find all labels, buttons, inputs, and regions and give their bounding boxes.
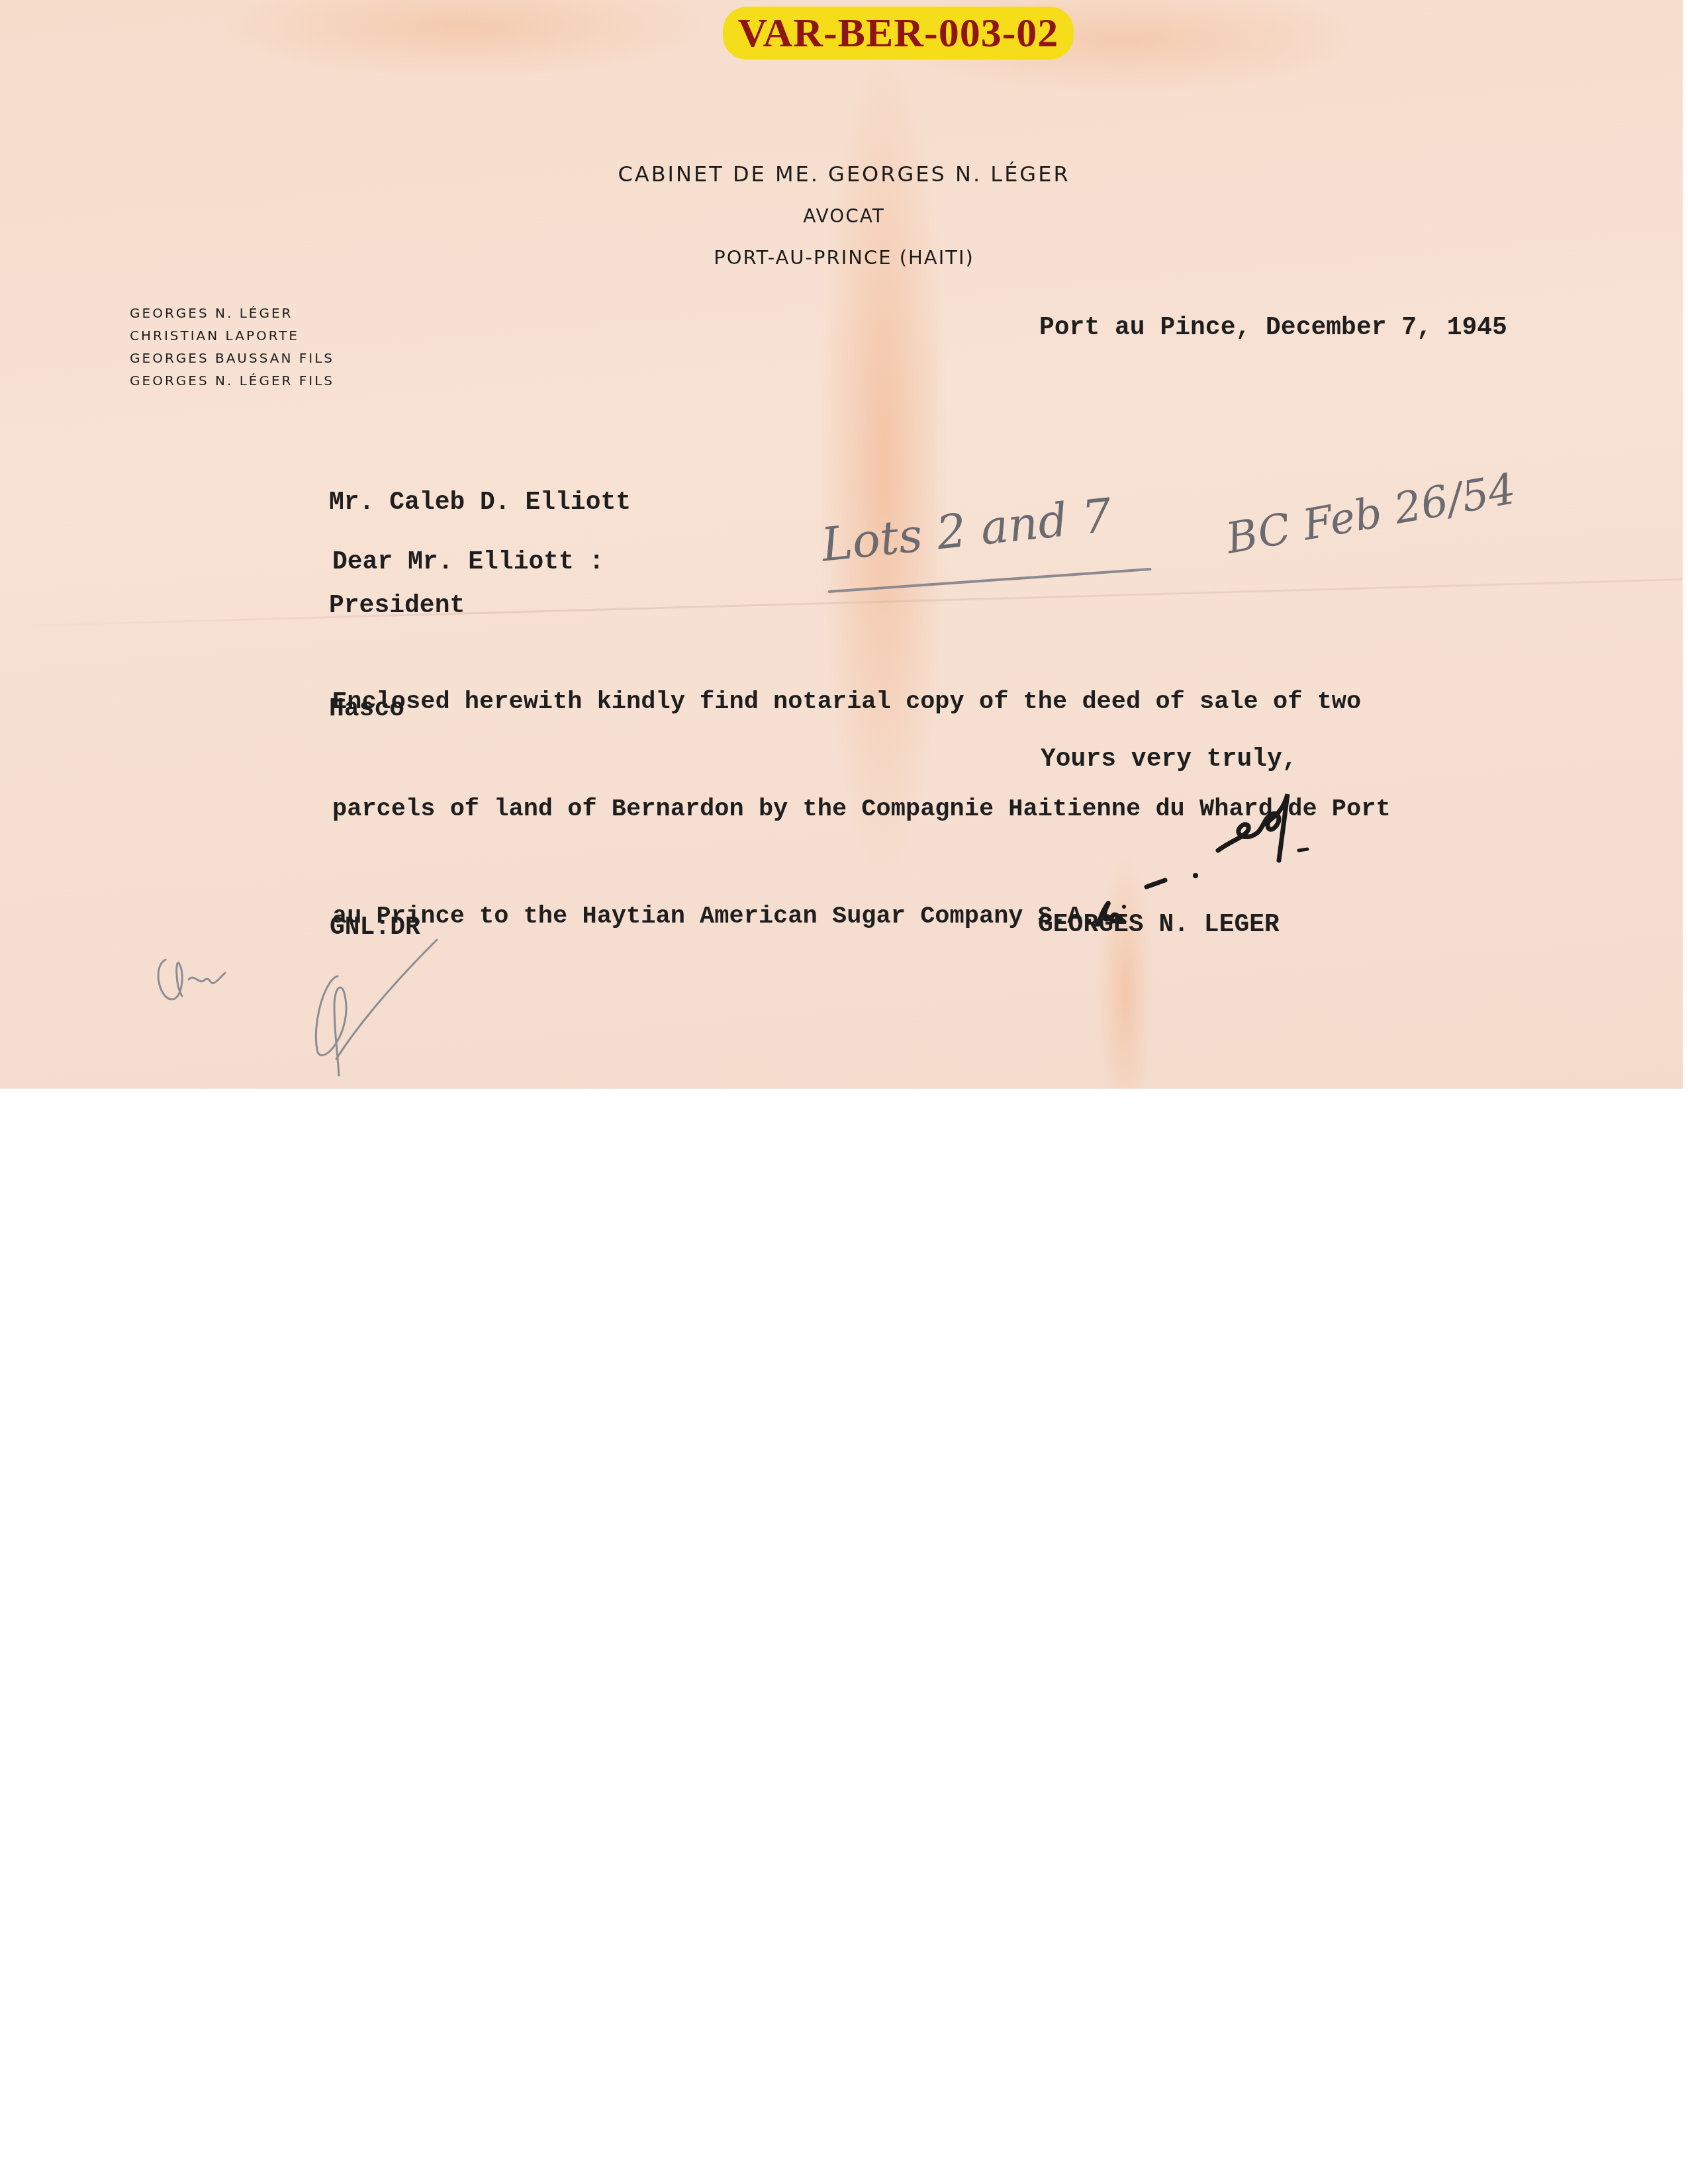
letterhead-firm-name: CABINET DE ME. GEORGES N. LÉGER: [0, 161, 1688, 187]
archive-badge: VAR-BER-003-02: [723, 7, 1074, 60]
handwritten-lots-note: Lots 2 and 7: [819, 488, 1114, 572]
salutation: Dear Mr. Elliott :: [332, 548, 604, 576]
partner-name: GEORGES BAUSSAN FILS: [130, 347, 334, 369]
partner-name: GEORGES N. LÉGER: [130, 302, 334, 324]
signatory-name: GEORGES N. LEGER: [1038, 911, 1280, 939]
letter-paper: VAR-BER-003-02 CABINET DE ME. GEORGES N.…: [0, 0, 1683, 1089]
place-date: Port au Pince, December 7, 1945: [1039, 314, 1507, 342]
recipient-name: Mr. Caleb D. Elliott: [329, 486, 631, 520]
partner-name: GEORGES N. LÉGER FILS: [130, 369, 334, 392]
partners-list: GEORGES N. LÉGER CHRISTIAN LAPORTE GEORG…: [130, 302, 334, 392]
handwritten-underline: [827, 568, 1151, 593]
pencil-initials-icon: [152, 946, 258, 1019]
signature-icon: [1066, 768, 1410, 927]
handwritten-dated-initials: BC Feb 26/54: [1223, 465, 1519, 564]
letterhead-title: AVOCAT: [0, 205, 1688, 227]
partner-name: CHRISTIAN LAPORTE: [130, 324, 334, 347]
body-line: Enclosed herewith kindly find notarial c…: [332, 684, 1391, 720]
archive-badge-label: VAR-BER-003-02: [738, 10, 1059, 57]
pencil-check-icon: [298, 927, 444, 1079]
letterhead-city: PORT-AU-PRINCE (HAITI): [0, 246, 1688, 269]
